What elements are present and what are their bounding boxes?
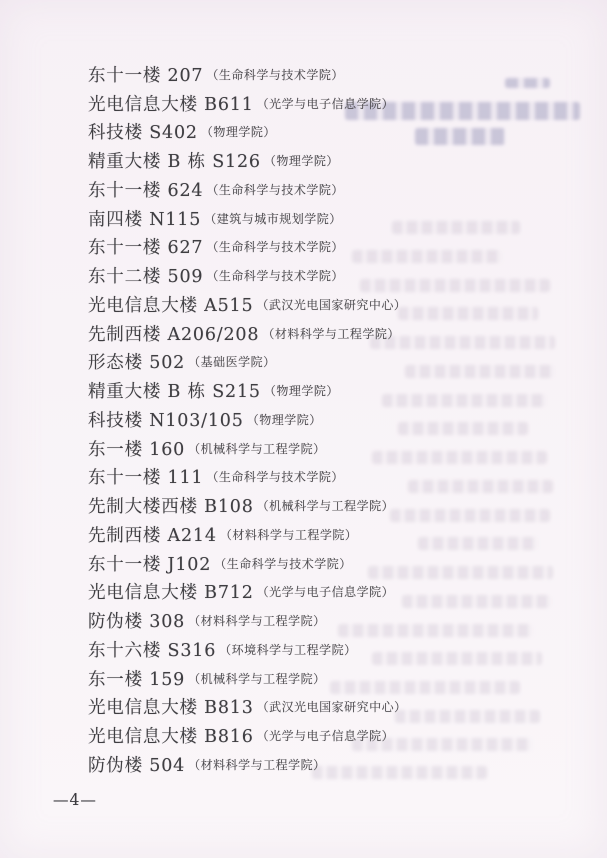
room-location-text: 形态楼 502 <box>88 349 185 374</box>
room-location-text: 东一楼 160 <box>88 436 185 461</box>
room-location-text: 精重大楼 B 栋 S126 <box>88 148 261 173</box>
room-department-text: （生命科学与技术学院） <box>206 267 344 284</box>
room-location-text: 东一楼 159 <box>88 666 185 691</box>
room-location-text: 东十一楼 111 <box>88 464 203 489</box>
room-department-text: （武汉光电国家研究中心） <box>256 296 406 313</box>
room-list-item: 东十一楼 624（生命科学与技术学院） <box>88 175 607 204</box>
room-department-text: （生命科学与技术学院） <box>206 181 344 198</box>
room-location-text: 东十一楼 627 <box>88 234 203 259</box>
room-department-text: （机械科学与工程学院） <box>188 670 326 687</box>
room-department-text: （材料科学与工程学院） <box>220 526 358 543</box>
room-list-item: 先制大楼西楼 B108（机械科学与工程学院） <box>88 491 607 520</box>
room-location-text: 东十六楼 S316 <box>88 637 216 662</box>
room-location-text: 南四楼 N115 <box>88 206 201 231</box>
room-list-item: 东一楼 159（机械科学与工程学院） <box>88 664 607 693</box>
room-list-item: 精重大楼 B 栋 S215（物理学院） <box>88 376 607 405</box>
room-location-text: 光电信息大楼 B813 <box>88 694 254 719</box>
room-list-item: 光电信息大楼 B813（武汉光电国家研究中心） <box>88 693 607 722</box>
room-department-text: （环境科学与工程学院） <box>219 641 357 658</box>
room-list-item: 南四楼 N115（建筑与城市规划学院） <box>88 204 607 233</box>
room-list-item: 东十六楼 S316（环境科学与工程学院） <box>88 635 607 664</box>
room-list-item: 东一楼 160（机械科学与工程学院） <box>88 434 607 463</box>
room-list-item: 东十二楼 509（生命科学与技术学院） <box>88 261 607 290</box>
room-list-item: 防伪楼 504（材料科学与工程学院） <box>88 750 607 779</box>
room-location-text: 防伪楼 308 <box>88 608 185 633</box>
room-list-item: 形态楼 502（基础医学院） <box>88 348 607 377</box>
room-department-text: （机械科学与工程学院） <box>257 497 395 514</box>
room-location-text: 光电信息大楼 A515 <box>88 292 253 317</box>
room-location-text: 东十一楼 J102 <box>88 551 211 576</box>
room-list-item: 防伪楼 308（材料科学与工程学院） <box>88 606 607 635</box>
room-list-item: 精重大楼 B 栋 S126（物理学院） <box>88 146 607 175</box>
room-location-text: 东十一楼 207 <box>88 62 203 87</box>
room-location-text: 光电信息大楼 B611 <box>88 91 254 116</box>
room-list-item: 科技楼 N103/105（物理学院） <box>88 405 607 434</box>
room-department-text: （基础医学院） <box>188 353 276 370</box>
room-list-item: 先制西楼 A214（材料科学与工程学院） <box>88 520 607 549</box>
room-department-text: （武汉光电国家研究中心） <box>257 698 407 715</box>
room-location-text: 精重大楼 B 栋 S215 <box>88 378 261 403</box>
room-department-text: （光学与电子信息学院） <box>257 727 395 744</box>
room-department-text: （材料科学与工程学院） <box>188 612 326 629</box>
page-number: —4— <box>53 791 97 809</box>
room-department-text: （光学与电子信息学院） <box>257 95 395 112</box>
room-department-text: （物理学院） <box>264 382 339 399</box>
room-location-text: 光电信息大楼 B712 <box>88 579 254 604</box>
room-location-text: 光电信息大楼 B816 <box>88 723 254 748</box>
room-list: 东十一楼 207（生命科学与技术学院） 光电信息大楼 B611（光学与电子信息学… <box>0 0 607 779</box>
room-list-item: 东十一楼 111（生命科学与技术学院） <box>88 463 607 492</box>
room-department-text: （机械科学与工程学院） <box>188 440 326 457</box>
room-list-item: 先制西楼 A206/208（材料科学与工程学院） <box>88 319 607 348</box>
room-list-item: 光电信息大楼 B816（光学与电子信息学院） <box>88 721 607 750</box>
room-list-item: 东十一楼 J102（生命科学与技术学院） <box>88 549 607 578</box>
room-department-text: （生命科学与技术学院） <box>206 468 344 485</box>
room-location-text: 先制西楼 A214 <box>88 522 217 547</box>
room-department-text: （光学与电子信息学院） <box>257 583 395 600</box>
room-location-text: 科技楼 N103/105 <box>88 407 244 432</box>
room-department-text: （生命科学与技术学院） <box>206 66 344 83</box>
room-location-text: 东十二楼 509 <box>88 263 203 288</box>
room-list-item: 科技楼 S402（物理学院） <box>88 118 607 147</box>
room-department-text: （材料科学与工程学院） <box>262 325 400 342</box>
room-location-text: 科技楼 S402 <box>88 119 198 144</box>
room-department-text: （物理学院） <box>247 411 322 428</box>
room-department-text: （建筑与城市规划学院） <box>204 210 342 227</box>
room-list-item: 光电信息大楼 B712（光学与电子信息学院） <box>88 578 607 607</box>
room-location-text: 防伪楼 504 <box>88 752 185 777</box>
room-list-item: 东十一楼 627（生命科学与技术学院） <box>88 233 607 262</box>
room-location-text: 东十一楼 624 <box>88 177 203 202</box>
room-department-text: （物理学院） <box>201 123 276 140</box>
room-department-text: （材料科学与工程学院） <box>188 756 326 773</box>
room-location-text: 先制西楼 A206/208 <box>88 321 259 346</box>
room-department-text: （物理学院） <box>264 152 339 169</box>
room-department-text: （生命科学与技术学院） <box>206 238 344 255</box>
room-department-text: （生命科学与技术学院） <box>214 555 352 572</box>
room-list-item: 东十一楼 207（生命科学与技术学院） <box>88 60 607 89</box>
room-list-item: 光电信息大楼 A515（武汉光电国家研究中心） <box>88 290 607 319</box>
scanned-document-page: 东十一楼 207（生命科学与技术学院） 光电信息大楼 B611（光学与电子信息学… <box>0 0 607 858</box>
room-list-item: 光电信息大楼 B611（光学与电子信息学院） <box>88 89 607 118</box>
room-location-text: 先制大楼西楼 B108 <box>88 493 254 518</box>
